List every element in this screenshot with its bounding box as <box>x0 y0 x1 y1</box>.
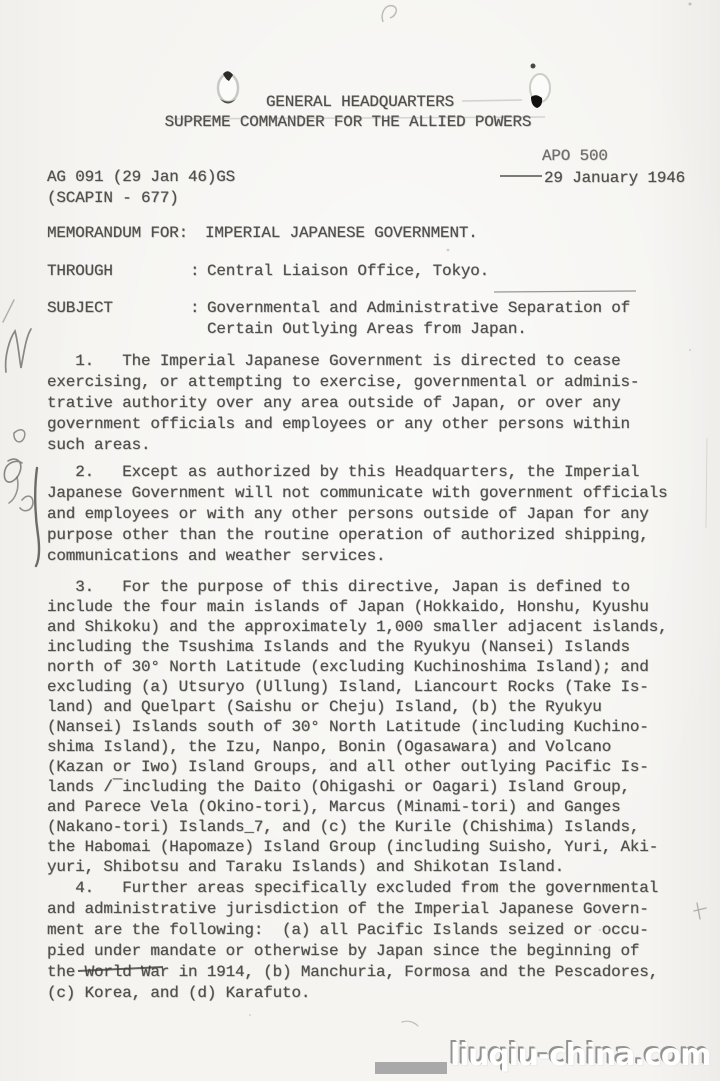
top-smudge-mark <box>382 6 396 22</box>
through-colon: : <box>190 261 199 282</box>
subject-overline-artifact <box>494 291 636 292</box>
fold-line-artifact <box>706 438 707 528</box>
header-line2: SUPREME COMMANDER FOR THE ALLIED POWERS <box>0 112 708 133</box>
memorandum-label: MEMORANDUM FOR: <box>47 223 188 244</box>
scanned-document-page: GENERAL HEADQUARTERS SUPREME COMMANDER F… <box>0 0 720 1081</box>
reference-number: AG 091 (29 Jan 46)GS <box>47 167 235 188</box>
scapin-number: (SCAPIN - 677) <box>47 188 179 209</box>
watermark-text: liuqiu-china.com <box>450 1038 710 1073</box>
paragraph-4: 4. Further areas specifically excluded f… <box>47 878 658 1004</box>
header-line1: GENERAL HEADQUARTERS <box>0 92 720 113</box>
subject-label: SUBJECT <box>47 298 113 319</box>
through-label: THROUGH <box>47 261 113 282</box>
subject-value: Governmental and Administrative Separati… <box>207 298 630 340</box>
paragraph-1: 1. The Imperial Japanese Government is d… <box>47 351 639 456</box>
paragraph-3: 3. For the purpose of this directive, Ja… <box>47 577 668 877</box>
through-value: Central Liaison Office, Tokyo. <box>207 261 489 282</box>
memorandum-value: IMPERIAL JAPANESE GOVERNMENT. <box>205 223 478 244</box>
watermark-bar <box>375 1062 447 1074</box>
subject-colon: : <box>190 298 199 319</box>
paragraph-2: 2. Except as authorized by this Headquar… <box>47 462 668 567</box>
apo-number: APO 500 <box>542 146 608 167</box>
document-date: 29 January 1946 <box>544 168 685 189</box>
speck <box>689 3 692 6</box>
